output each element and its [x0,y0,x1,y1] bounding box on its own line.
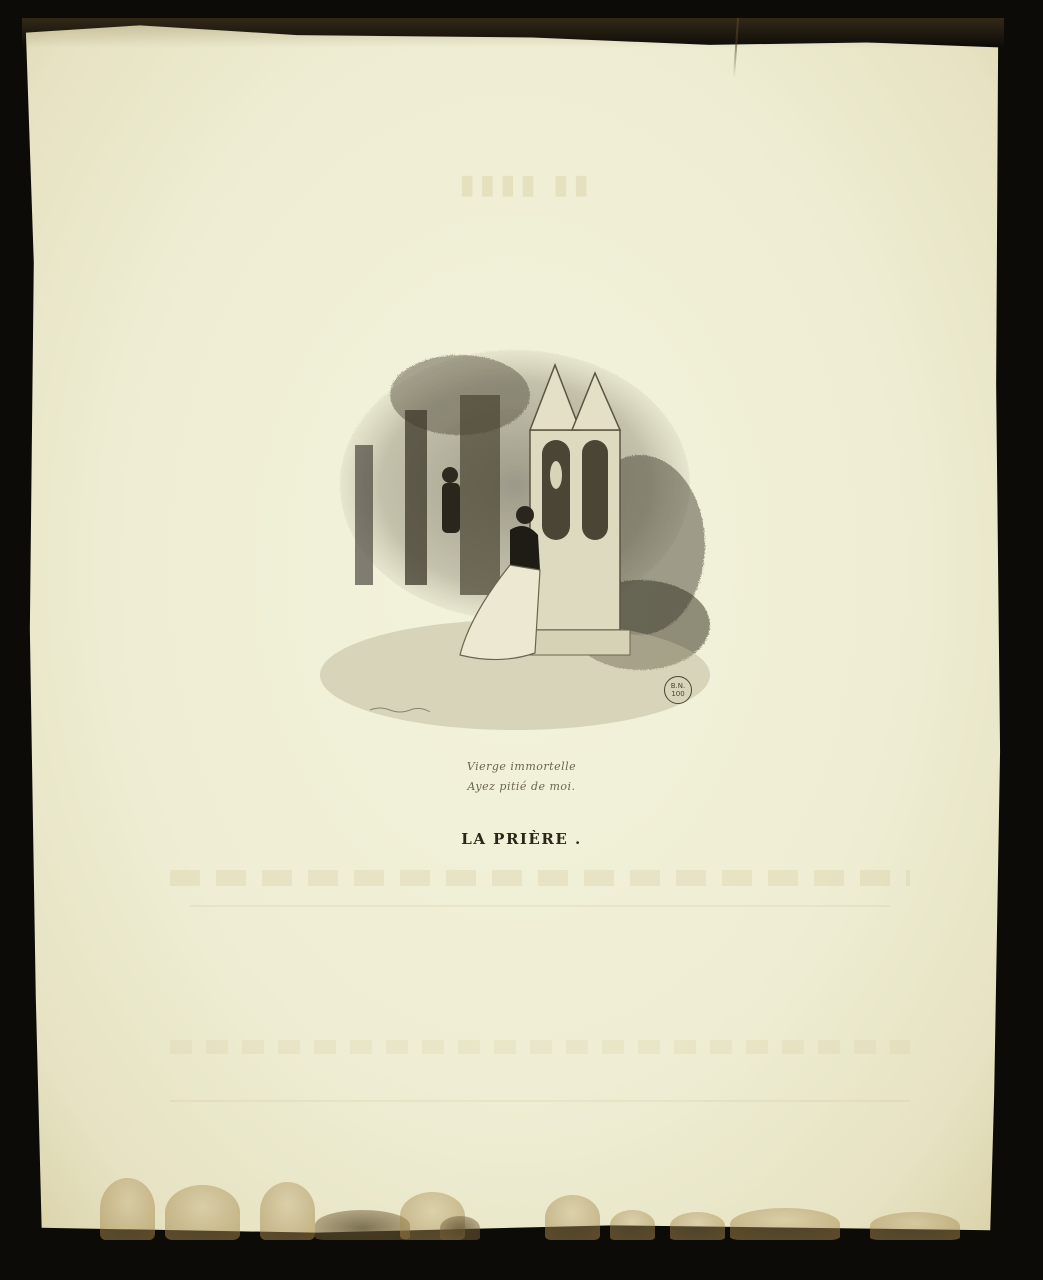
bleed-through-staff [170,870,910,886]
stamp-line-1: B.N. [671,682,686,690]
stamp-line-2: 100 [671,690,684,698]
library-stamp: B.N. 100 [664,676,692,704]
bleed-through-heading: ▮▮▮▮ ▮▮ [460,170,594,200]
caption-line-1: Vierge immortelle [0,760,1043,773]
page-title: LA PRIÈRE . [0,830,1043,848]
top-edge-shadow [22,18,1004,48]
caption-line-2: Ayez pitié de moi. [0,780,1043,793]
bleed-through-staff [170,1100,910,1102]
watching-figure [442,467,460,533]
vignette-illustration [310,335,720,735]
bleed-through-staff [170,1040,910,1054]
bleed-through-staff [190,905,890,907]
water-stains [40,1170,1000,1240]
